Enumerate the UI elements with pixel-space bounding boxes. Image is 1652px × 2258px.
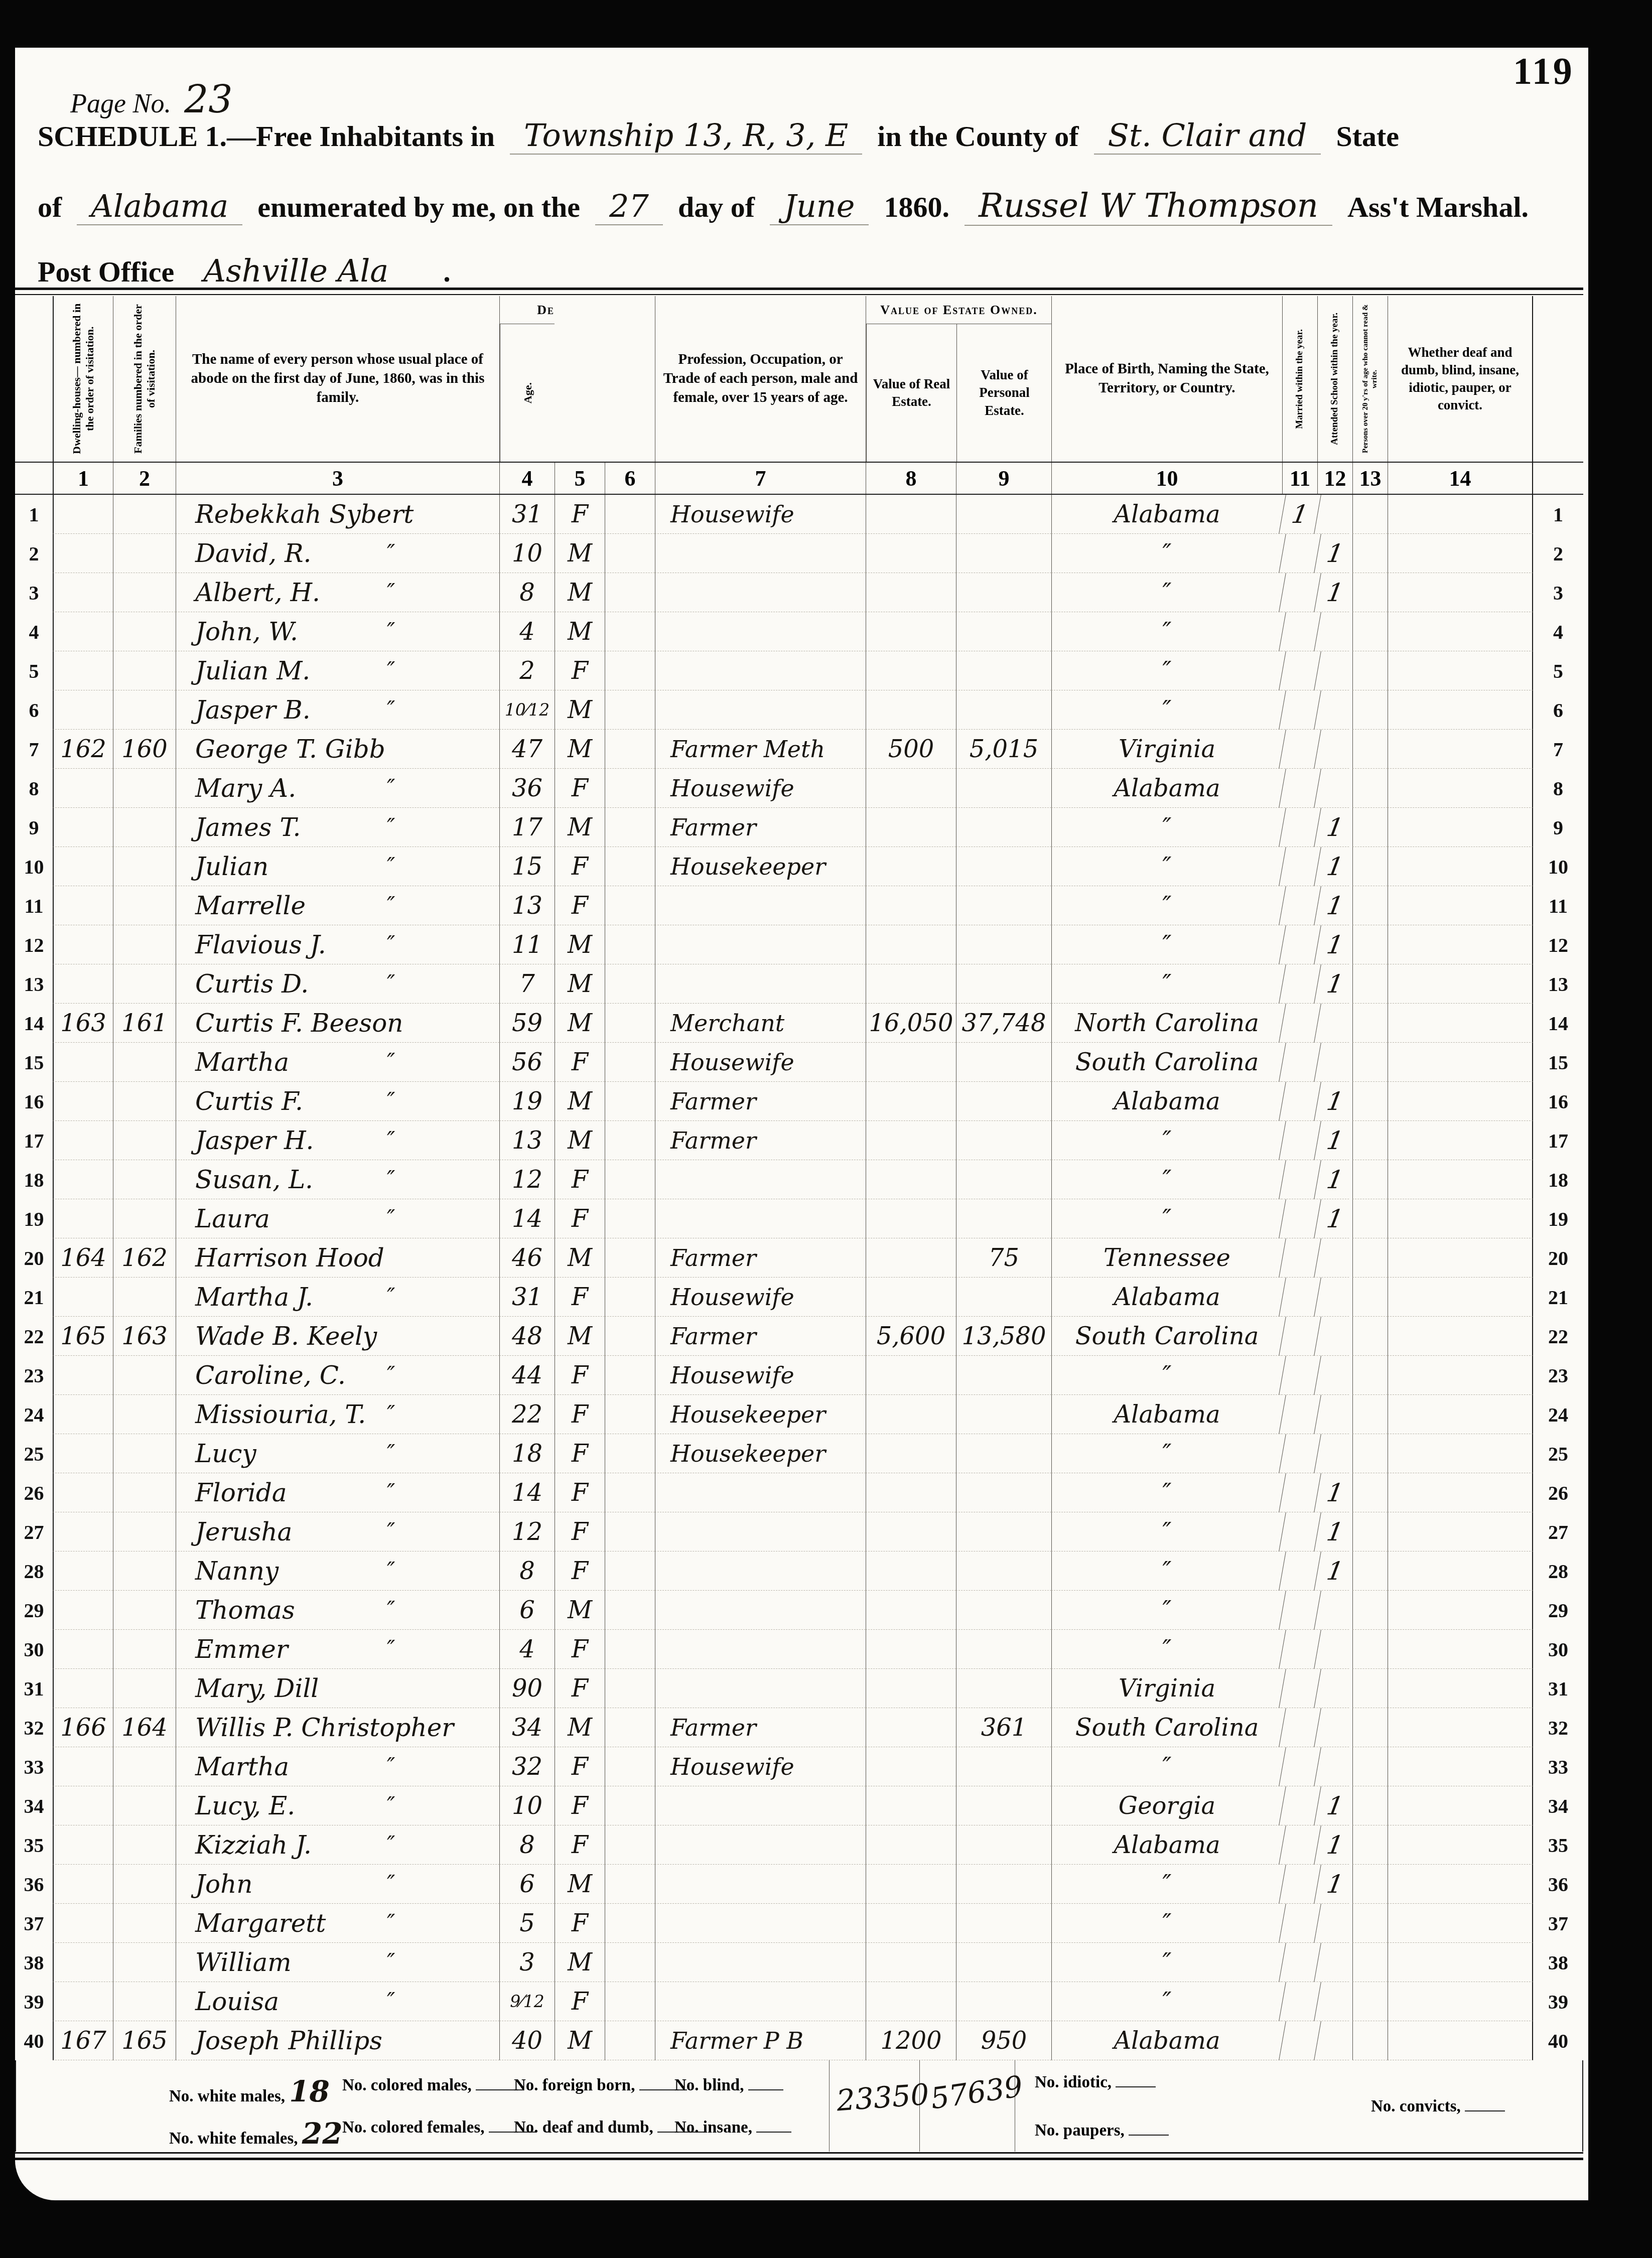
row-number-left: 21 <box>15 1278 53 1317</box>
foreign-born-tally: No. foreign born, <box>514 2074 687 2095</box>
cell-school <box>1314 1356 1356 1395</box>
cell-personal-estate: 13,580 <box>956 1317 1051 1356</box>
table-row: 20164162Harrison Hood46MFarmer75Tennesse… <box>15 1238 1583 1278</box>
cell-personal-estate <box>956 534 1051 573</box>
row-number-left: 23 <box>15 1356 53 1395</box>
cell-age: 36 <box>499 769 555 808</box>
cell-cannot-read <box>1352 847 1388 886</box>
table-row: 26Florida″14F″126 <box>15 1473 1583 1512</box>
person-name: Harrison Hood <box>195 1243 384 1273</box>
cell-sex: F <box>555 1825 605 1865</box>
cell-sex: F <box>555 886 605 925</box>
cell-cannot-read <box>1352 1630 1388 1669</box>
cell-school <box>1314 1317 1356 1356</box>
cell-personal-estate <box>956 1904 1051 1943</box>
table-row: 30Emmer″4F″30 <box>15 1630 1583 1669</box>
cell-name: Curtis F. Beeson <box>176 1004 499 1043</box>
cell-name: George T. Gibb <box>176 730 499 769</box>
cell-age: 18 <box>499 1434 555 1473</box>
cell-occupation <box>655 1786 866 1825</box>
real-estate-total: 23350 <box>836 2077 930 2118</box>
cell-cannot-read <box>1352 1278 1388 1317</box>
cell-color <box>605 651 655 690</box>
cell-personal-estate <box>956 495 1051 534</box>
cell-personal-estate <box>956 1591 1051 1630</box>
cell-family <box>113 964 176 1004</box>
ditto-mark: ″ <box>387 1519 395 1544</box>
table-top-rule <box>15 288 1583 295</box>
cell-sex: F <box>555 1473 605 1512</box>
table-row: 15Martha″56FHousewifeSouth Carolina15 <box>15 1043 1583 1082</box>
cell-sex: F <box>555 1630 605 1669</box>
person-name: Wade B. Keely <box>195 1322 377 1351</box>
table-row: 21Martha J.″31FHousewifeAlabama21 <box>15 1278 1583 1317</box>
cell-personal-estate <box>956 1747 1051 1786</box>
row-number-right: 9 <box>1533 808 1583 847</box>
table-row: 1Rebekkah Sybert31FHousewifeAlabama11 <box>15 495 1583 534</box>
header-cannot-read: Persons over 20 y'rs of age who cannot r… <box>1352 296 1388 462</box>
cell-sex: M <box>555 1865 605 1904</box>
cell-age: 31 <box>499 1278 555 1317</box>
cell-sex: F <box>555 651 605 690</box>
cell-color <box>605 1199 655 1238</box>
cell-real-estate <box>866 1473 956 1512</box>
cell-school: 1 <box>1314 847 1356 886</box>
row-number-left: 11 <box>15 886 53 925</box>
cell-age: 13 <box>499 1121 555 1160</box>
cell-deaf-dumb <box>1388 1551 1533 1591</box>
person-name: Martha <box>195 1048 289 1077</box>
enumeration-line: of Alabama enumerated by me, on the 27 d… <box>38 186 1529 226</box>
person-name: Lucy <box>195 1439 256 1468</box>
cell-family: 164 <box>113 1708 176 1747</box>
row-number-left: 36 <box>15 1865 53 1904</box>
cell-personal-estate <box>956 612 1051 651</box>
cell-sex: M <box>555 1943 605 1982</box>
cell-deaf-dumb <box>1388 1591 1533 1630</box>
cell-deaf-dumb <box>1388 1865 1533 1904</box>
table-row: 34Lucy, E.″10FGeorgia134 <box>15 1786 1583 1825</box>
cell-dwelling <box>53 1121 113 1160</box>
cell-real-estate <box>866 1630 956 1669</box>
cell-birthplace: ″ <box>1051 1943 1282 1982</box>
cell-sex: M <box>555 925 605 964</box>
row-number-left: 30 <box>15 1630 53 1669</box>
cell-deaf-dumb <box>1388 1356 1533 1395</box>
cell-deaf-dumb <box>1388 1082 1533 1121</box>
cell-school <box>1314 1238 1356 1278</box>
cell-occupation <box>655 886 866 925</box>
cell-name: Caroline, C.″ <box>176 1356 499 1395</box>
cell-birthplace: South Carolina <box>1051 1317 1282 1356</box>
cell-real-estate: 1200 <box>866 2021 956 2060</box>
cell-name: Marrelle″ <box>176 886 499 925</box>
person-name: William <box>195 1948 292 1977</box>
cell-real-estate <box>866 1825 956 1865</box>
person-name: Susan, L. <box>195 1165 313 1194</box>
cell-school <box>1314 690 1356 730</box>
cell-dwelling <box>53 1630 113 1669</box>
table-row: 11Marrelle″13F″111 <box>15 886 1583 925</box>
cell-age: 22 <box>499 1395 555 1434</box>
person-name: Jerusha <box>195 1517 292 1546</box>
cell-occupation: Farmer <box>655 1082 866 1121</box>
cell-age: 2 <box>499 651 555 690</box>
cell-occupation <box>655 651 866 690</box>
person-name: George T. Gibb <box>195 735 385 764</box>
person-name: Julian <box>195 852 268 881</box>
row-number-right: 30 <box>1533 1630 1583 1669</box>
cell-dwelling: 162 <box>53 730 113 769</box>
table-row: 39Louisa″9⁄12F″39 <box>15 1982 1583 2021</box>
ditto-mark: ″ <box>387 1871 395 1897</box>
cell-dwelling <box>53 1982 113 2021</box>
header-name: The name of every person whose usual pla… <box>176 296 499 462</box>
cell-deaf-dumb <box>1388 1317 1533 1356</box>
cell-dwelling <box>53 1043 113 1082</box>
paupers-tally: No. paupers, <box>1035 2120 1169 2140</box>
ditto-mark: ″ <box>387 854 395 879</box>
cell-deaf-dumb <box>1388 534 1533 573</box>
cell-birthplace: ″ <box>1051 690 1282 730</box>
cell-real-estate <box>866 808 956 847</box>
cell-school <box>1314 1591 1356 1630</box>
cell-age: 8 <box>499 573 555 612</box>
cell-cannot-read <box>1352 769 1388 808</box>
cell-dwelling: 164 <box>53 1238 113 1278</box>
cell-birthplace: ″ <box>1051 964 1282 1004</box>
cell-color <box>605 1395 655 1434</box>
cell-occupation <box>655 1512 866 1551</box>
person-name: Jasper B. <box>195 695 311 725</box>
cell-birthplace: Alabama <box>1051 2021 1282 2060</box>
cell-occupation <box>655 964 866 1004</box>
header-deaf-dumb: Whether deaf and dumb, blind, insane, id… <box>1388 296 1533 462</box>
cell-occupation <box>655 1473 866 1512</box>
cell-cannot-read <box>1352 1004 1388 1043</box>
cell-deaf-dumb <box>1388 1160 1533 1199</box>
row-number-left: 33 <box>15 1747 53 1786</box>
cell-name: Harrison Hood <box>176 1238 499 1278</box>
cell-age: 10 <box>499 1786 555 1825</box>
cell-real-estate <box>866 1551 956 1591</box>
cell-name: John, W.″ <box>176 612 499 651</box>
cell-school: 1 <box>1314 1825 1356 1865</box>
cell-personal-estate <box>956 1551 1051 1591</box>
cell-sex: M <box>555 1004 605 1043</box>
header-value-group: Value of Estate Owned. Value of Real Est… <box>866 296 1051 462</box>
cell-color <box>605 573 655 612</box>
row-number-left: 14 <box>15 1004 53 1043</box>
cell-personal-estate <box>956 1121 1051 1160</box>
cell-real-estate <box>866 769 956 808</box>
cell-age: 14 <box>499 1199 555 1238</box>
cell-color <box>605 1825 655 1865</box>
cell-cannot-read <box>1352 1825 1388 1865</box>
header-description-group: Description. Age. Sex. Color. {White, bl… <box>499 296 555 462</box>
cell-school: 1 <box>1314 573 1356 612</box>
cell-occupation <box>655 1160 866 1199</box>
cell-school <box>1314 1395 1356 1434</box>
cell-dwelling <box>53 534 113 573</box>
cell-family <box>113 1865 176 1904</box>
table-row: 5Julian M.″2F″5 <box>15 651 1583 690</box>
cell-family <box>113 1669 176 1708</box>
cell-deaf-dumb <box>1388 886 1533 925</box>
blind-label: No. blind, <box>674 2076 744 2094</box>
cell-dwelling <box>53 495 113 534</box>
cell-occupation <box>655 1630 866 1669</box>
row-number-left: 32 <box>15 1708 53 1747</box>
person-name: Emmer <box>195 1635 288 1664</box>
cell-dwelling <box>53 1512 113 1551</box>
ditto-mark: ″ <box>387 1754 395 1779</box>
row-number-left: 18 <box>15 1160 53 1199</box>
cell-family <box>113 808 176 847</box>
cell-color <box>605 1473 655 1512</box>
person-name: Joseph Phillips <box>195 2026 382 2055</box>
table-row: 18Susan, L.″12F″118 <box>15 1160 1583 1199</box>
cell-name: Martha″ <box>176 1043 499 1082</box>
cell-family <box>113 1356 176 1395</box>
cell-age: 4 <box>499 1630 555 1669</box>
ditto-mark: ″ <box>387 1910 395 1936</box>
cell-dwelling <box>53 1669 113 1708</box>
row-number-right: 28 <box>1533 1551 1583 1591</box>
person-name: Nanny <box>195 1557 279 1586</box>
row-number-right: 8 <box>1533 769 1583 808</box>
cell-family <box>113 1160 176 1199</box>
cell-deaf-dumb <box>1388 847 1533 886</box>
cell-age: 6 <box>499 1591 555 1630</box>
cell-name: Flavious J.″ <box>176 925 499 964</box>
table-row: 3Albert, H.″8M″13 <box>15 573 1583 612</box>
cell-name: Martha″ <box>176 1747 499 1786</box>
table-header-row: Dwelling-houses— numbered in the order o… <box>15 296 1583 462</box>
cell-occupation <box>655 925 866 964</box>
cell-occupation <box>655 690 866 730</box>
column-numbers-row: 1234567891011121314 <box>15 462 1583 495</box>
cell-real-estate <box>866 1082 956 1121</box>
cell-personal-estate <box>956 1825 1051 1865</box>
cell-personal-estate <box>956 1395 1051 1434</box>
cell-real-estate <box>866 925 956 964</box>
cell-name: Thomas″ <box>176 1591 499 1630</box>
row-number-right: 39 <box>1533 1982 1583 2021</box>
cell-birthplace: Alabama <box>1051 769 1282 808</box>
cell-personal-estate: 75 <box>956 1238 1051 1278</box>
cell-color <box>605 534 655 573</box>
cell-cannot-read <box>1352 612 1388 651</box>
cell-sex: F <box>555 1669 605 1708</box>
cell-birthplace: Virginia <box>1051 1669 1282 1708</box>
cell-dwelling <box>53 1082 113 1121</box>
schedule-title-line: SCHEDULE 1.—Free Inhabitants in Township… <box>38 117 1399 155</box>
table-row: 25Lucy″18FHousekeeper″25 <box>15 1434 1583 1473</box>
cell-school: 1 <box>1314 1551 1356 1591</box>
cell-name: Lucy″ <box>176 1434 499 1473</box>
header-profession-label: Profession, Occupation, or Trade of each… <box>655 347 866 410</box>
cell-sex: M <box>555 573 605 612</box>
cell-real-estate <box>866 1199 956 1238</box>
cell-name: Florida″ <box>176 1473 499 1512</box>
cell-color <box>605 1786 655 1825</box>
cell-occupation <box>655 1825 866 1865</box>
cell-personal-estate <box>956 1434 1051 1473</box>
person-name: Curtis F. Beeson <box>195 1009 403 1038</box>
cell-sex: M <box>555 1591 605 1630</box>
cell-birthplace: Georgia <box>1051 1786 1282 1825</box>
value-group-grid: Value of Estate Owned. Value of Real Est… <box>866 296 1051 462</box>
cell-real-estate <box>866 534 956 573</box>
scanned-census-page: { "header": { "page_no_label": "Page No.… <box>0 0 1652 2258</box>
convicts-label: No. convicts, <box>1371 2097 1461 2115</box>
cell-occupation <box>655 1199 866 1238</box>
header-personal-estate: Value of Personal Estate. <box>956 324 1051 462</box>
row-number-right: 40 <box>1533 2021 1583 2060</box>
table-row: 2David, R.″10M″12 <box>15 534 1583 573</box>
cell-age: 13 <box>499 886 555 925</box>
cell-cannot-read <box>1352 730 1388 769</box>
period: . <box>443 255 451 289</box>
cell-name: Mary, Dill <box>176 1669 499 1708</box>
cell-color <box>605 769 655 808</box>
row-number-left: 15 <box>15 1043 53 1082</box>
header-gutter-right <box>1533 296 1583 462</box>
person-name: Curtis D. <box>195 969 309 999</box>
cell-sex: F <box>555 495 605 534</box>
cell-age: 9⁄12 <box>499 1982 555 2021</box>
person-name: Albert, H. <box>195 578 320 607</box>
cell-real-estate <box>866 1512 956 1551</box>
cell-deaf-dumb <box>1388 964 1533 1004</box>
person-name: Curtis F. <box>195 1087 303 1116</box>
cell-sex: F <box>555 1199 605 1238</box>
header-real-estate: Value of Real Estate. <box>866 324 956 462</box>
row-number-left: 5 <box>15 651 53 690</box>
cell-personal-estate: 37,748 <box>956 1004 1051 1043</box>
cell-age: 32 <box>499 1747 555 1786</box>
cell-school <box>1314 1708 1356 1747</box>
cell-family <box>113 1943 176 1982</box>
cell-color <box>605 1043 655 1082</box>
cell-occupation: Farmer <box>655 1121 866 1160</box>
cell-dwelling <box>53 1591 113 1630</box>
cell-age: 31 <box>499 495 555 534</box>
month-value: June <box>770 188 869 225</box>
person-name: Lucy, E. <box>195 1791 295 1820</box>
header-cannot-read-label: Persons over 20 y'rs of age who cannot r… <box>1361 301 1379 457</box>
row-number-right: 20 <box>1533 1238 1583 1278</box>
cell-cannot-read <box>1352 573 1388 612</box>
of-label: of <box>38 190 62 224</box>
cell-real-estate <box>866 1356 956 1395</box>
ditto-mark: ″ <box>387 658 395 683</box>
person-name: James T. <box>195 813 301 842</box>
cell-color <box>605 1982 655 2021</box>
ditto-mark: ″ <box>387 1949 395 1975</box>
row-number-left: 16 <box>15 1082 53 1121</box>
table-bottom-rule <box>15 2152 1583 2160</box>
cell-family <box>113 769 176 808</box>
cell-cannot-read <box>1352 1865 1388 1904</box>
column-number: 12 <box>1317 463 1352 494</box>
cell-dwelling <box>53 1825 113 1865</box>
cell-cannot-read <box>1352 1317 1388 1356</box>
row-number-right: 11 <box>1533 886 1583 925</box>
table-row: 35Kizziah J.″8FAlabama135 <box>15 1825 1583 1865</box>
cell-age: 7 <box>499 964 555 1004</box>
row-number-right: 38 <box>1533 1943 1583 1982</box>
table-row: 29Thomas″6M″29 <box>15 1591 1583 1630</box>
cell-family <box>113 495 176 534</box>
cell-school <box>1314 495 1356 534</box>
row-number-left: 3 <box>15 573 53 612</box>
cell-dwelling <box>53 1551 113 1591</box>
ditto-mark: ″ <box>387 1206 395 1231</box>
person-name: Thomas <box>195 1596 295 1625</box>
cell-personal-estate <box>956 769 1051 808</box>
cell-birthplace: ″ <box>1051 651 1282 690</box>
cell-cannot-read <box>1352 1786 1388 1825</box>
idiotic-tally: No. idiotic, <box>1035 2071 1156 2092</box>
cell-dwelling <box>53 1434 113 1473</box>
ditto-mark: ″ <box>387 1480 395 1505</box>
cell-age: 17 <box>499 808 555 847</box>
cell-age: 12 <box>499 1160 555 1199</box>
person-name: Louisa <box>195 1987 279 2016</box>
cell-age: 3 <box>499 1943 555 1982</box>
cell-personal-estate <box>956 1982 1051 2021</box>
cell-birthplace: Alabama <box>1051 1395 1282 1434</box>
cell-personal-estate: 950 <box>956 2021 1051 2060</box>
cell-school: 1 <box>1314 808 1356 847</box>
row-number-left: 29 <box>15 1591 53 1630</box>
cell-sex: M <box>555 2021 605 2060</box>
value-group-label: Value of Estate Owned. <box>866 296 1051 324</box>
person-name: Willis P. Christopher <box>195 1713 454 1742</box>
blind-tally: No. blind, <box>674 2074 783 2095</box>
post-office-label: Post Office <box>38 255 174 289</box>
cell-real-estate <box>866 1865 956 1904</box>
cell-sex: F <box>555 847 605 886</box>
cell-birthplace: ″ <box>1051 886 1282 925</box>
row-number-left: 40 <box>15 2021 53 2060</box>
state-word: State <box>1336 119 1399 153</box>
row-number-left: 7 <box>15 730 53 769</box>
table-row: 40167165Joseph Phillips40MFarmer P B1200… <box>15 2021 1583 2060</box>
white-females-label: No. white females, <box>169 2130 298 2148</box>
cell-cannot-read <box>1352 651 1388 690</box>
row-number-right: 15 <box>1533 1043 1583 1082</box>
cell-name: Julian M.″ <box>176 651 499 690</box>
ditto-mark: ″ <box>387 1989 395 2014</box>
cell-real-estate <box>866 651 956 690</box>
cell-school: 1 <box>1314 886 1356 925</box>
person-name: Kizziah J. <box>195 1830 312 1860</box>
cell-school: 1 <box>1314 1199 1356 1238</box>
cell-deaf-dumb <box>1388 1043 1533 1082</box>
cell-color <box>605 1434 655 1473</box>
table-row: 4John, W.″4M″4 <box>15 612 1583 651</box>
cell-dwelling <box>53 964 113 1004</box>
cell-family: 160 <box>113 730 176 769</box>
ditto-mark: ″ <box>387 814 395 840</box>
row-number-right: 3 <box>1533 573 1583 612</box>
cell-family <box>113 1121 176 1160</box>
insane-label: No. insane, <box>674 2119 752 2137</box>
row-number-right: 2 <box>1533 534 1583 573</box>
